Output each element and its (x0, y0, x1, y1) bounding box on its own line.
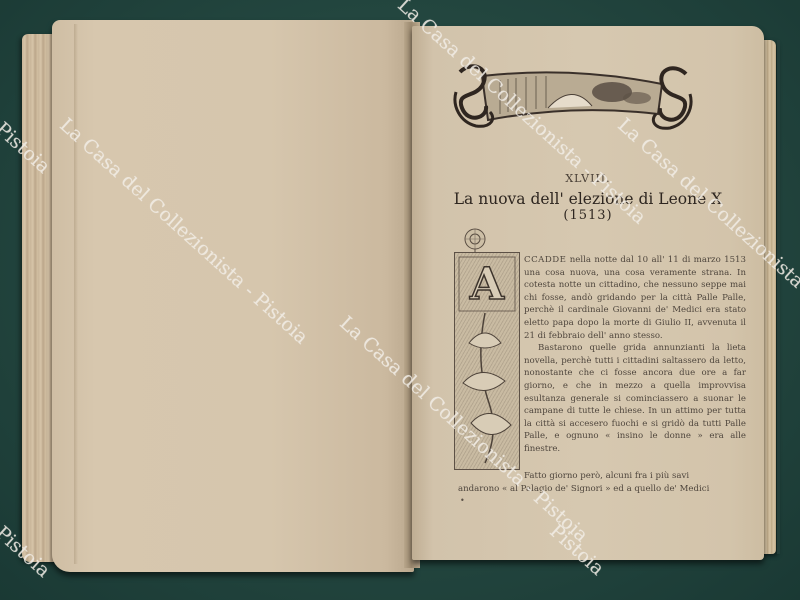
rosette-ornament-icon (462, 228, 488, 252)
headpiece-ornament-icon (452, 62, 694, 132)
drop-cap-letter: A (455, 259, 519, 310)
chapter-year: (1513) (412, 208, 764, 223)
illuminated-drop-cap: A (454, 252, 520, 470)
chapter-title: La nuova dell' elezione di Leone X (412, 190, 764, 208)
paragraph-1: CCADDE nella notte dal 10 all' 11 di mar… (524, 254, 746, 342)
chapter-body-text: CCADDE nella notte dal 10 all' 11 di mar… (524, 254, 746, 456)
paragraph-3-line-2: andarono « al Palagio de' Signori » ed a… (458, 483, 746, 496)
chapter-number: XLVIII. (412, 172, 764, 185)
paragraph-3-line-1: Fatto giorno però, alcuni fra i più savi (458, 470, 746, 483)
left-page-shading (74, 24, 78, 564)
page-marker: • (460, 496, 465, 505)
left-page-blank (52, 20, 414, 572)
paragraph-lead: CCADDE (524, 255, 566, 265)
chapter-body-lower: Fatto giorno però, alcuni fra i più savi… (458, 470, 746, 495)
paragraph-text: Bastarono quelle grida annunzianti la li… (524, 343, 746, 454)
paragraph-text: nella notte dal 10 all' 11 di marzo 1513… (524, 255, 746, 341)
paragraph-2: Bastarono quelle grida annunzianti la li… (524, 342, 746, 455)
